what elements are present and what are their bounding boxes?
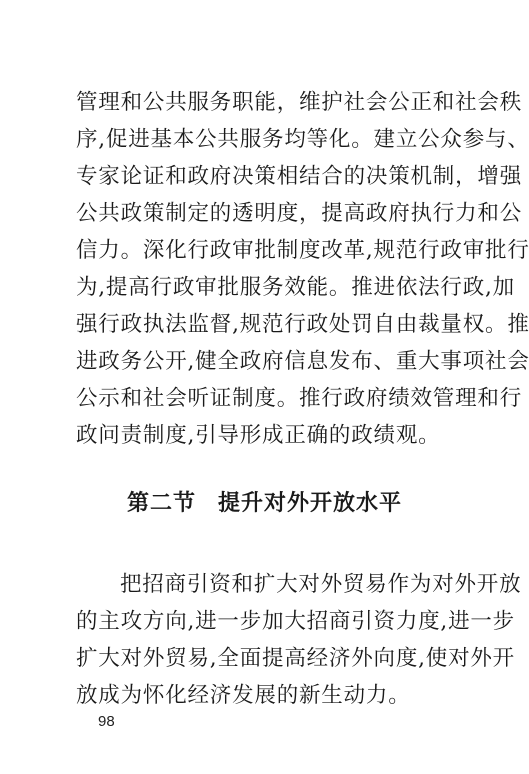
section-title: 提升对外开放水平	[218, 490, 402, 516]
text-line: 专家论证和政府决策相结合的决策机制，增强	[76, 158, 458, 195]
text-line: 的主攻方向,进一步加大招商引资力度,进一步	[76, 603, 458, 640]
text-line: 强行政执法监督,规范行政处罚自由裁量权。推	[76, 306, 458, 343]
text-line: 信力。深化行政审批制度改革,规范行政审批行	[76, 232, 458, 269]
body-paragraph-2: 把招商引资和扩大对外贸易作为对外开放 的主攻方向,进一步加大招商引资力度,进一步…	[76, 566, 458, 714]
text-line: 公示和社会听证制度。推行政府绩效管理和行	[76, 380, 458, 417]
text-line: 放成为怀化经济发展的新生动力。	[76, 677, 458, 714]
text-line: 把招商引资和扩大对外贸易作为对外开放	[76, 566, 458, 603]
page-number: 98	[98, 713, 115, 730]
text-line: 政问责制度,引导形成正确的政绩观。	[76, 417, 458, 454]
text-line: 扩大对外贸易,全面提高经济外向度,使对外开	[76, 640, 458, 677]
document-page: 管理和公共服务职能，维护社会公正和社会秩 序,促进基本公共服务均等化。建立公众参…	[0, 0, 529, 774]
text-line: 管理和公共服务职能，维护社会公正和社会秩	[76, 84, 458, 121]
section-number: 第二节	[127, 490, 196, 516]
text-line: 为,提高行政审批服务效能。推进依法行政,加	[76, 269, 458, 306]
text-line: 进政务公开,健全政府信息发布、重大事项社会	[76, 343, 458, 380]
text-line: 公共政策制定的透明度，提高政府执行力和公	[76, 195, 458, 232]
section-heading: 第二节提升对外开放水平	[0, 486, 529, 517]
text-line: 序,促进基本公共服务均等化。建立公众参与、	[76, 121, 458, 158]
body-paragraph-1: 管理和公共服务职能，维护社会公正和社会秩 序,促进基本公共服务均等化。建立公众参…	[76, 84, 458, 454]
